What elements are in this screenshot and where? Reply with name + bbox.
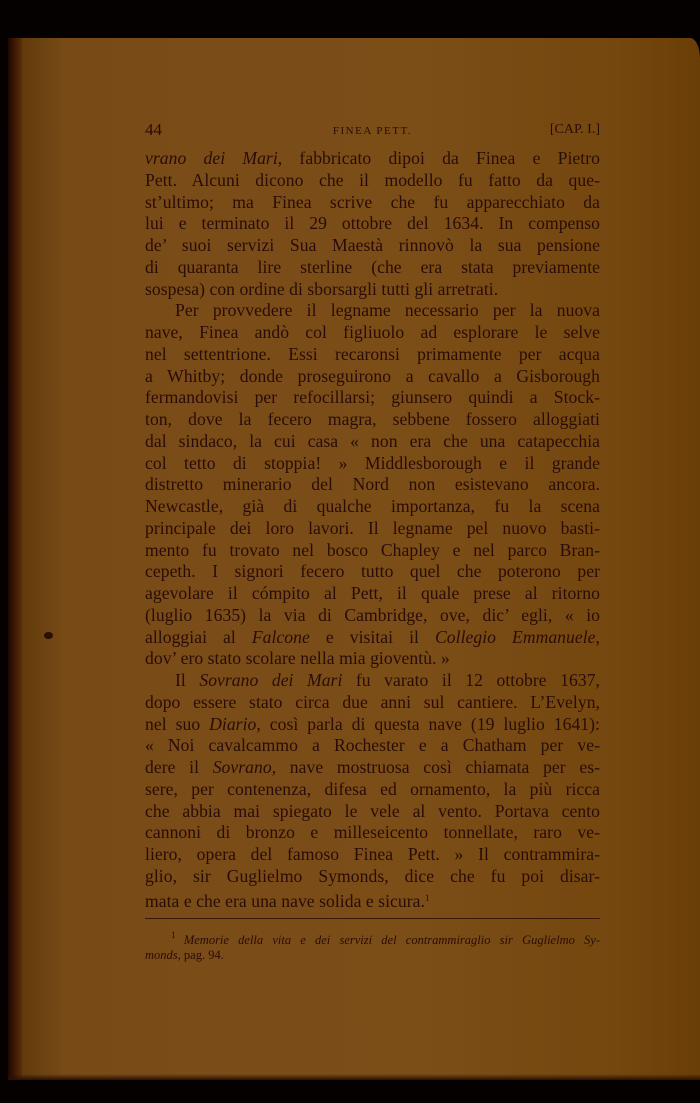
text-segment: ,: [596, 627, 600, 647]
running-head: 44 FINEA PETT. [CAP. I.]: [145, 118, 600, 142]
text-segment: (luglio 1635) la via di Cambridge, ove, …: [145, 605, 600, 625]
body-line: Il Sovrano dei Mari fu varato il 12 otto…: [145, 670, 600, 692]
body-line: alloggiai al Falcone e visitai il Colleg…: [145, 627, 600, 649]
italic-text: vrano dei Mari: [145, 148, 278, 168]
ink-blot: [44, 632, 53, 639]
italic-text: Sovrano dei Mari: [199, 670, 342, 690]
text-segment: distretto minerario del Nord non esistev…: [145, 474, 600, 494]
body-line: nel settentrione. Essi recaronsi primame…: [145, 344, 600, 366]
running-title: FINEA PETT.: [145, 119, 600, 143]
body-line: ton, dove la fecero magra, sebbene fosse…: [145, 409, 600, 431]
italic-text: Diario: [209, 714, 256, 734]
text-segment: a Whitby; donde proseguirono a cavallo a…: [145, 366, 600, 386]
text-segment: agevolare il cómpito al Pett, il quale p…: [145, 583, 600, 603]
text-segment: Newcastle, già di qualche importanza, fu…: [145, 496, 600, 516]
text-segment: Il: [175, 670, 199, 690]
body-line: Per provvedere il legname necessario per…: [145, 300, 600, 322]
text-segment: che abbia mai spiegato le vele al vento.…: [145, 801, 600, 821]
text-segment: sere, per contenenza, difesa ed ornament…: [145, 779, 600, 799]
body-line: dal sindaco, la cui casa « non era che u…: [145, 431, 600, 453]
text-segment: dopo essere stato circa due anni sul can…: [145, 692, 600, 712]
body-line: sere, per contenenza, difesa ed ornament…: [145, 779, 600, 801]
text-segment: fu varato il 12 ottobre 1637,: [342, 670, 600, 690]
text-segment: Pett. Alcuni dicono che il modello fu fa…: [145, 170, 600, 190]
italic-text: Falcone: [252, 627, 310, 647]
footnote-line: 1 Memorie della vita e dei servizi del c…: [145, 928, 600, 948]
text-segment: st’ultimo; ma Finea scrive che fu appare…: [145, 192, 600, 212]
body-line: (luglio 1635) la via di Cambridge, ove, …: [145, 605, 600, 627]
body-line: Pett. Alcuni dicono che il modello fu fa…: [145, 170, 600, 192]
italic-text: monds: [145, 948, 178, 962]
footnote-marker: 1: [171, 930, 184, 940]
body-line: glio, sir Guglielmo Symonds, dice che fu…: [145, 866, 600, 888]
text-segment: mata e che era una nave solida e sicura.: [145, 891, 425, 911]
text-segment: dere il: [145, 757, 213, 777]
body-line: mata e che era una nave solida e sicura.…: [145, 888, 600, 913]
body-line: cepeth. I signori fecero tutto quel che …: [145, 561, 600, 583]
body-text: vrano dei Mari, fabbricato dipoi da Fine…: [145, 148, 600, 912]
body-line: di quaranta lire sterline (che era stata…: [145, 257, 600, 279]
text-segment: de’ suoi servizi Sua Maestà rinnovò la s…: [145, 235, 600, 255]
text-segment: , così parla di questa nave (19 luglio 1…: [256, 714, 600, 734]
body-line: dopo essere stato circa due anni sul can…: [145, 692, 600, 714]
text-segment: dov’ ero stato scolare nella mia giovent…: [145, 648, 450, 668]
text-segment: liero, opera del famoso Finea Pett. » Il…: [145, 844, 600, 864]
body-line: mento fu trovato nel bosco Chapley e nel…: [145, 540, 600, 562]
footnote: 1 Memorie della vita e dei servizi del c…: [145, 928, 600, 963]
text-segment: dal sindaco, la cui casa « non era che u…: [145, 431, 600, 451]
footnote-line: monds, pag. 94.: [145, 948, 600, 963]
text-segment: ton, dove la fecero magra, sebbene fosse…: [145, 409, 600, 429]
body-line: liero, opera del famoso Finea Pett. » Il…: [145, 844, 600, 866]
body-line: de’ suoi servizi Sua Maestà rinnovò la s…: [145, 235, 600, 257]
text-segment: alloggiai al: [145, 627, 252, 647]
text-segment: principale dei loro lavori. Il legname p…: [145, 518, 600, 538]
text-segment: , nave mostruosa così chiamata per es-: [272, 757, 600, 777]
body-line: nel suo Diario, così parla di questa nav…: [145, 714, 600, 736]
text-segment: e visitai il: [310, 627, 435, 647]
body-line: sospesa) con ordine di sborsargli tutti …: [145, 279, 600, 301]
text-segment: cannoni di bronzo e milleseicento tonnel…: [145, 822, 600, 842]
text-segment: Per provvedere il legname necessario per…: [175, 300, 600, 320]
scanned-page-image: 44 FINEA PETT. [CAP. I.] vrano dei Mari,…: [0, 0, 700, 1103]
body-line: fermandovisi per refocillarsi; giunsero …: [145, 387, 600, 409]
body-line: lui e terminato il 29 ottobre del 1634. …: [145, 213, 600, 235]
text-segment: nel settentrione. Essi recaronsi primame…: [145, 344, 600, 364]
body-line: dov’ ero stato scolare nella mia giovent…: [145, 648, 600, 670]
body-line: st’ultimo; ma Finea scrive che fu appare…: [145, 192, 600, 214]
body-line: agevolare il cómpito al Pett, il quale p…: [145, 583, 600, 605]
footnote-rule: [145, 918, 600, 920]
text-segment: nave, Finea andò col figliuolo ad esplor…: [145, 322, 600, 342]
text-segment: , pag. 94.: [178, 948, 224, 962]
text-segment: col tetto di stoppia! » Middlesborough e…: [145, 453, 600, 473]
body-line: Newcastle, già di qualche importanza, fu…: [145, 496, 600, 518]
body-line: principale dei loro lavori. Il legname p…: [145, 518, 600, 540]
body-line: cannoni di bronzo e milleseicento tonnel…: [145, 822, 600, 844]
text-segment: « Noi cavalcammo a Rochester e a Chatham…: [145, 735, 600, 755]
text-segment: nel suo: [145, 714, 209, 734]
text-segment: sospesa) con ordine di sborsargli tutti …: [145, 279, 498, 299]
italic-text: Memorie della vita e dei servizi del con…: [184, 933, 600, 947]
body-line: col tetto di stoppia! » Middlesborough e…: [145, 453, 600, 475]
body-line: dere il Sovrano, nave mostruosa così chi…: [145, 757, 600, 779]
body-line: a Whitby; donde proseguirono a cavallo a…: [145, 366, 600, 388]
body-line: vrano dei Mari, fabbricato dipoi da Fine…: [145, 148, 600, 170]
text-segment: di quaranta lire sterline (che era stata…: [145, 257, 600, 277]
text-segment: mento fu trovato nel bosco Chapley e nel…: [145, 540, 600, 560]
italic-text: Collegio Emmanuele: [435, 627, 596, 647]
page-content: 44 FINEA PETT. [CAP. I.] vrano dei Mari,…: [145, 118, 600, 963]
italic-text: Sovrano: [213, 757, 272, 777]
text-segment: fermandovisi per refocillarsi; giunsero …: [145, 387, 600, 407]
text-segment: cepeth. I signori fecero tutto quel che …: [145, 561, 600, 581]
body-line: nave, Finea andò col figliuolo ad esplor…: [145, 322, 600, 344]
text-segment: glio, sir Guglielmo Symonds, dice che fu…: [145, 866, 600, 886]
text-segment: , fabbricato dipoi da Finea e Pietro: [278, 148, 600, 168]
text-segment: lui e terminato il 29 ottobre del 1634. …: [145, 213, 600, 233]
body-line: che abbia mai spiegato le vele al vento.…: [145, 801, 600, 823]
chapter-reference: [CAP. I.]: [550, 118, 600, 142]
footnote-reference: 1: [425, 893, 430, 903]
body-line: « Noi cavalcammo a Rochester e a Chatham…: [145, 735, 600, 757]
body-line: distretto minerario del Nord non esistev…: [145, 474, 600, 496]
